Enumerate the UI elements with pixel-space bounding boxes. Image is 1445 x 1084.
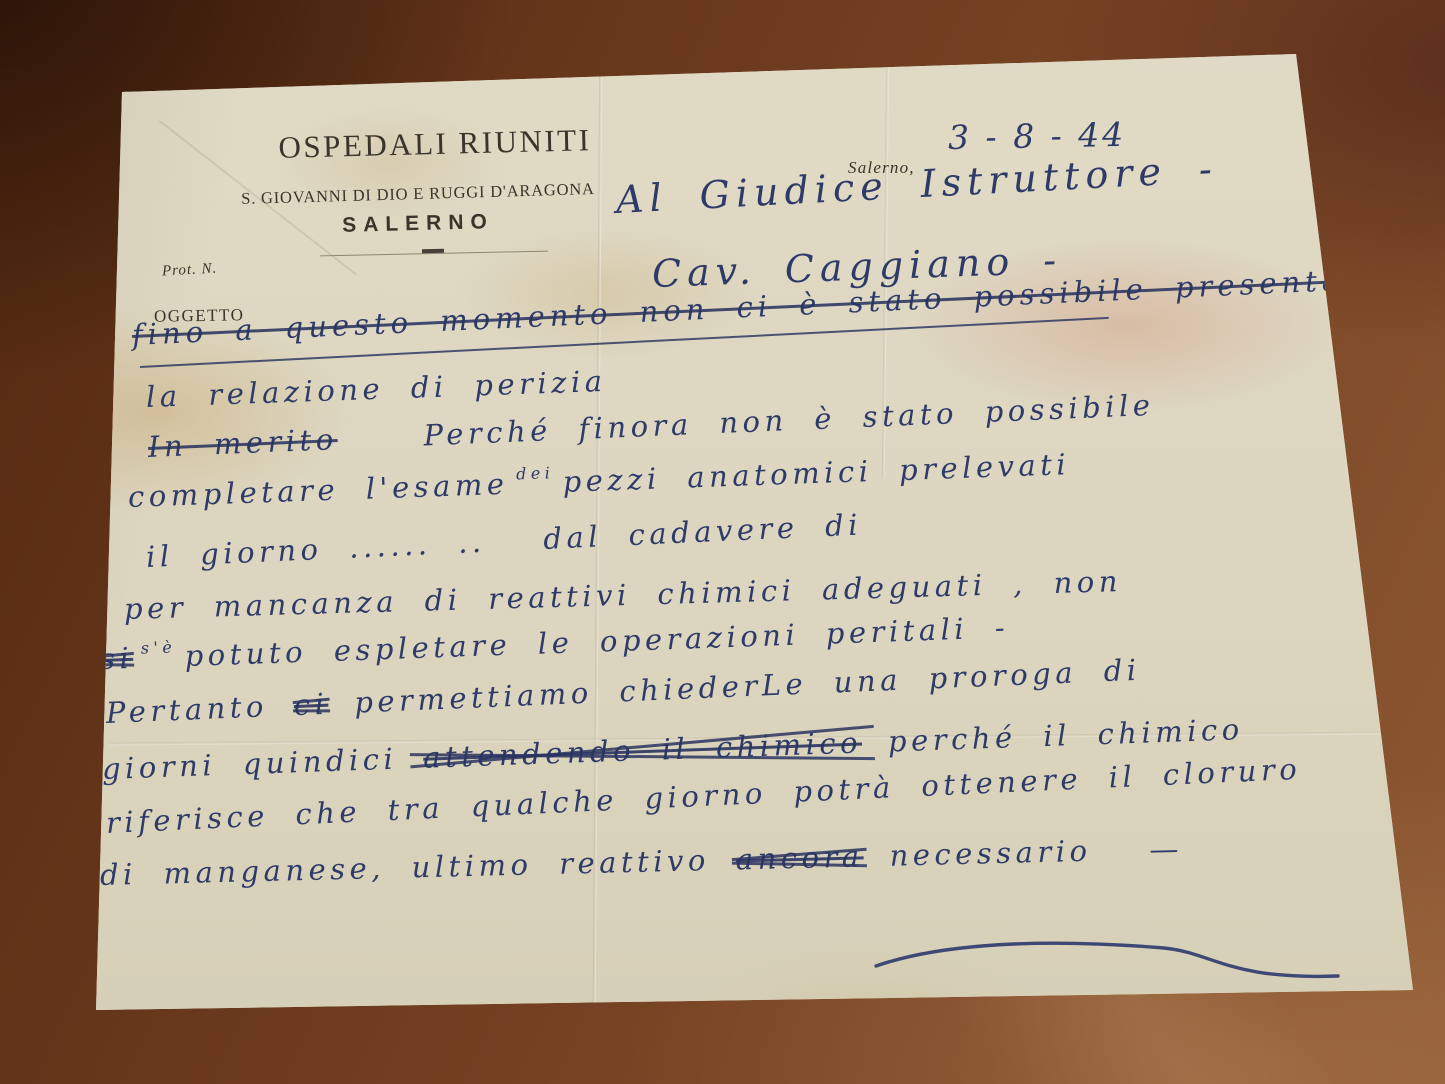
- letterhead-rule-dash: [422, 249, 444, 253]
- struck-text: In merito: [147, 422, 338, 464]
- body-text: Pertanto: [105, 689, 268, 730]
- body-text: il giorno ...... ..: [145, 525, 486, 574]
- body-text: giorni quindici: [101, 742, 397, 786]
- scribbled-text: ancora: [735, 839, 864, 876]
- flourish-path: [876, 943, 1338, 976]
- letterhead-org-name: OSPEDALI RIUNITI: [250, 121, 621, 166]
- prot-number-label: Prot. N.: [162, 261, 218, 281]
- inserted-word: dei: [516, 464, 555, 484]
- photo-scene: OSPEDALI RIUNITI S. GIOVANNI DI DIO E RU…: [0, 0, 1445, 1084]
- scribbled-text: attendendo il chimico: [423, 725, 863, 774]
- body-text: —: [1149, 832, 1183, 867]
- body-text: completare l'esame: [127, 467, 509, 514]
- body-text: perché il chimico: [887, 712, 1244, 758]
- body-text: necessario: [889, 834, 1092, 873]
- body-text: di manganese, ultimo reattivo: [100, 843, 711, 892]
- handwritten-line-2: la relazione di perizia: [145, 364, 607, 414]
- handwritten-line-5: il giorno ...... ..dal cadavere di: [145, 508, 862, 574]
- letterhead-subtitle: S. GIOVANNI DI DIO E RUGGI D'ARAGONA: [172, 177, 664, 211]
- body-text: la relazione di perizia: [145, 364, 607, 414]
- scribbled-text: ci: [293, 687, 329, 722]
- handwritten-date: 3 - 8 - 44: [948, 115, 1127, 157]
- letterhead-city: SALERNO: [172, 206, 664, 242]
- recipient-line-1: Al Giudice Istruttore -: [615, 147, 1219, 222]
- body-text: dal cadavere di: [543, 508, 863, 556]
- signature-flourish-line: [868, 922, 1348, 992]
- handwritten-line-11: di manganese, ultimo reattivoancoraneces…: [100, 832, 1184, 892]
- letter-paper: OSPEDALI RIUNITI S. GIOVANNI DI DIO E RU…: [0, 0, 1445, 1084]
- inserted-word: s'è: [140, 638, 176, 658]
- body-text: pezzi anatomici prelevati: [562, 447, 1071, 499]
